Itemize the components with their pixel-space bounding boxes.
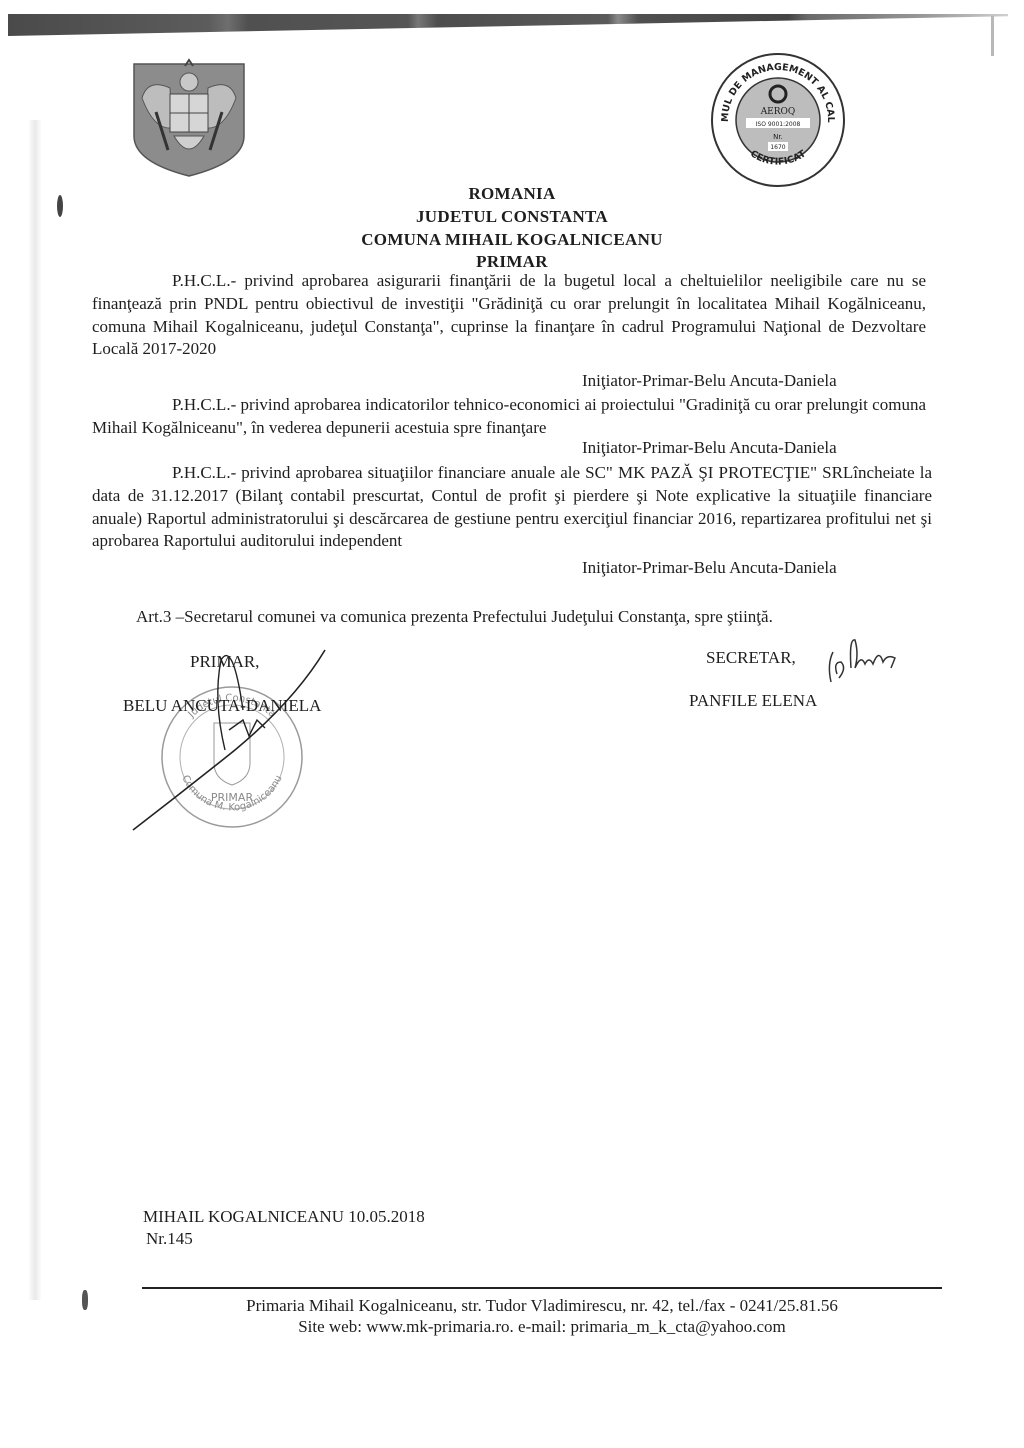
proposal-text: P.H.C.L.- privind aprobarea asigurarii f… [92,270,926,361]
proposal-text: P.H.C.L.- privind aprobarea indicatorilo… [92,394,926,440]
footer-address: Primaria Mihail Kogalniceanu, str. Tudor… [0,1296,1024,1316]
place-and-date: MIHAIL KOGALNICEANU 10.05.2018 [143,1207,425,1227]
coat-of-arms-icon [130,58,248,178]
secretary-name: PANFILE ELENA [689,691,817,711]
svg-text:AEROQ: AEROQ [760,107,796,117]
scan-fold-line [28,120,42,1300]
secretary-signature-icon [825,634,905,684]
scan-edge-mark [991,16,994,56]
mayor-signature-icon [125,640,355,840]
proposal-1: P.H.C.L.- privind aprobarea asigurarii f… [92,270,926,361]
header-country: ROMANIA [0,184,1024,204]
header-commune: COMUNA MIHAIL KOGALNICEANU [0,230,1024,250]
article-3: Art.3 –Secretarul comunei va comunica pr… [136,607,773,627]
svg-text:1670: 1670 [770,144,785,151]
proposal-text: P.H.C.L.- privind aprobarea situaţiilor … [92,462,932,553]
svg-text:ISO 9001:2008: ISO 9001:2008 [756,121,801,128]
proposal-2-initiator: Iniţiator-Primar-Belu Ancuta-Daniela [582,438,837,458]
iso-certification-seal-icon: SISTEMUL DE MANAGEMENT AL CALITATII CERT… [708,50,848,190]
footer-contact: Site web: www.mk-primaria.ro. e-mail: pr… [0,1317,1024,1337]
header-county: JUDETUL CONSTANTA [0,207,1024,227]
proposal-3: P.H.C.L.- privind aprobarea situaţiilor … [92,462,932,553]
document-number: Nr.145 [146,1229,193,1249]
proposal-3-initiator: Iniţiator-Primar-Belu Ancuta-Daniela [582,558,837,578]
footer-divider [142,1287,942,1289]
svg-text:Nr.: Nr. [773,133,783,141]
secretary-title: SECRETAR, [706,648,796,668]
proposal-1-initiator: Iniţiator-Primar-Belu Ancuta-Daniela [582,371,837,391]
proposal-2: P.H.C.L.- privind aprobarea indicatorilo… [92,394,926,440]
header-office: PRIMAR [0,252,1024,272]
scan-edge-shadow [8,14,1008,36]
